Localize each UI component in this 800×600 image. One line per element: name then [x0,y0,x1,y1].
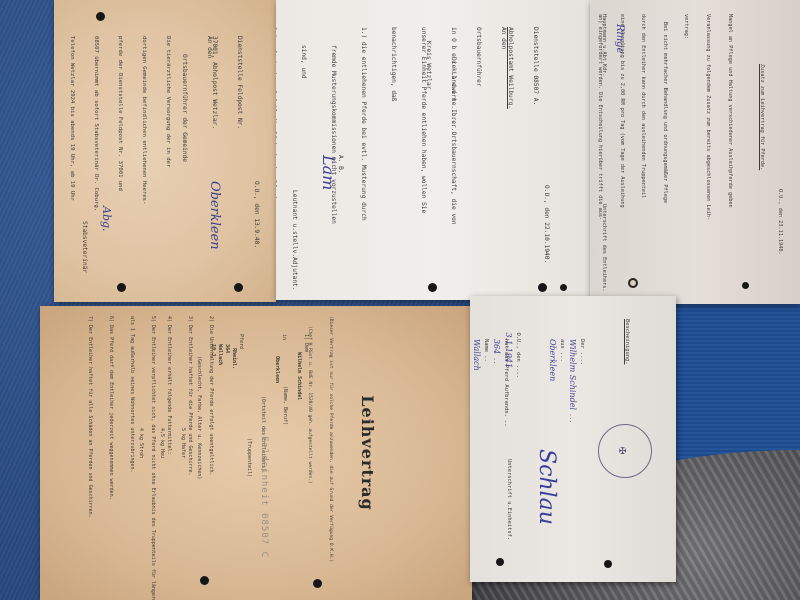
signature-title: Hauptmann u.Abt.Kdr. [600,14,607,76]
body-line: vertrag: [682,14,689,233]
header-date: O.U., den 22.10.1940. [542,185,550,263]
clause-line: 2) Die Unterhaltung der Pferde erfolgt u… [207,316,214,476]
document-veterinary-notice: Dienststelle Feldpost Nr. 37001, Abholpo… [54,0,276,302]
body-line: Die tierärztliche Versorgung der in der [164,36,172,215]
body-line: sind, und [298,27,308,225]
clause-line: als 1 Tag außerhalb seines Wohnortes unt… [128,316,135,600]
field-label: 1) Dem [303,334,309,352]
signature: Abg. [102,206,110,232]
document-content: Dienststelle 08507 A. Abholpostamt Weilb… [284,5,584,295]
field-value: Rheinl. [231,334,237,369]
signature-title: Leutnant u.stellv.Adjutant. [290,190,298,291]
clause-line: 5) Der Entleiher verpflichtet sich, das … [149,316,156,600]
field-value: Wilhelm Schindel [296,334,302,400]
line-mid: Name [483,339,489,352]
document-leihvertrag-form: Leihvertrag (Dieser Vertrag ist nur für … [40,306,472,600]
body-line: Die Landwirte Ihrer Ortsbauernschaft, di… [448,27,458,225]
document-return-certificate: ✠ Bescheinigung. Der .... Wilhelm Schind… [470,296,676,582]
document-content: Bescheinigung. Der .... Wilhelm Schindel… [475,299,671,579]
body-line: dortigen Gemeinde befindlichen entliehen… [140,36,148,215]
document-content: Dienststelle Feldpost Nr. 37001, Abholpo… [60,6,270,296]
place-date: O.U., den .... 3.1.1941 [493,313,531,378]
handwritten-date: 3.1.1941 [504,332,513,368]
certificate-title: Bescheinigung. [622,319,631,364]
signature: Ringe [616,24,623,54]
body-line: 08507 übernimmt ab sofort Stabsveterinär… [92,36,100,215]
field-label: in [281,334,287,340]
body-line: pferde der Dienststelle Feldpost Nr. 370… [116,36,124,215]
ration-line: 5 kg Hafer [179,428,186,458]
signature-title: Unterschrift u.Einheitsf. [504,459,513,540]
recipient-line: An den [499,27,507,139]
signature-title: Stabsveterinär [80,221,88,273]
body-line: Telefon Wetzlar 2924 bis abends 19 Uhr, … [68,36,76,215]
document-content: O.U., den 23.11.1940. Zusatz zum Leihver… [595,4,795,300]
body-line: 2.) auf etwaigen Befehl die Rückgabe der… [276,27,278,225]
body-line: fremde Musterungskommissionen nicht vorz… [328,27,338,225]
document-content: Leihvertrag (Dieser Vertrag ist nur für … [46,308,466,598]
unit-stamp: Feldeinheit 08507 C [259,436,269,558]
sender-line: Dienststelle Feldpost Nr. [235,36,243,129]
body-line: benachrichtigen, daß [388,27,398,225]
body-line: 1.) die entliehenen Pferde bei evtl. Mus… [358,27,368,225]
document-leihvertrag-addendum: O.U., den 23.11.1940. Zusatz zum Leihver… [590,0,800,304]
clause-line: 6) Das Pferd darf dem Entleiher jederzei… [107,316,114,600]
header-date: O.U., den 13.9.40. [252,181,260,248]
field-label: Pferd [238,334,244,349]
handwritten-name: Wilhelm Schindel [568,339,577,410]
body-line: Bei nicht mehrfacher Behandlung und ordn… [661,14,668,233]
signature: Lam [324,155,332,190]
handwritten-horse-name: Wallach [472,339,481,371]
field-value: Oberkleen [274,334,280,383]
body-line: Mangel an Pflege und Haltung verschieden… [725,14,732,233]
handwritten-village: Oberkleen [548,339,557,381]
form-title: Leihvertrag [364,308,371,598]
clause-line: 7) Der Entleiher haftet für alle Schäden… [86,316,93,600]
intro-line: (Dieser Vertrag ist nur für solche Pferd… [327,316,334,562]
borrower-signature-label: Unterschrift des Entleihers. [600,204,607,291]
subject-line: Zusatz zum Leihvertrag für Pferde. [758,64,765,170]
sender-line: Dienststelle 08507 A. [531,27,539,109]
line-mid: aus [559,339,565,349]
line-prefix: Der [579,339,585,349]
header-date: O.U., den 23.11.1940. [776,189,783,255]
body-line: unserer Einheit Pferde entliehen haben, … [418,27,428,225]
handwritten-village: Oberkleen [210,181,218,250]
body-line: Veranlassung zu folgendem Zusatz zum ber… [704,14,711,233]
body-line: durch den Entleiher kann durch den ausle… [639,14,646,233]
place-date-prefix: O.U., den [515,332,521,361]
signature: Schlau [542,449,551,525]
recipient-line: An den [205,36,213,162]
document-ortsbauernfuehrer-notice: Dienststelle 08507 A. Abholpostamt Weilb… [276,0,592,300]
